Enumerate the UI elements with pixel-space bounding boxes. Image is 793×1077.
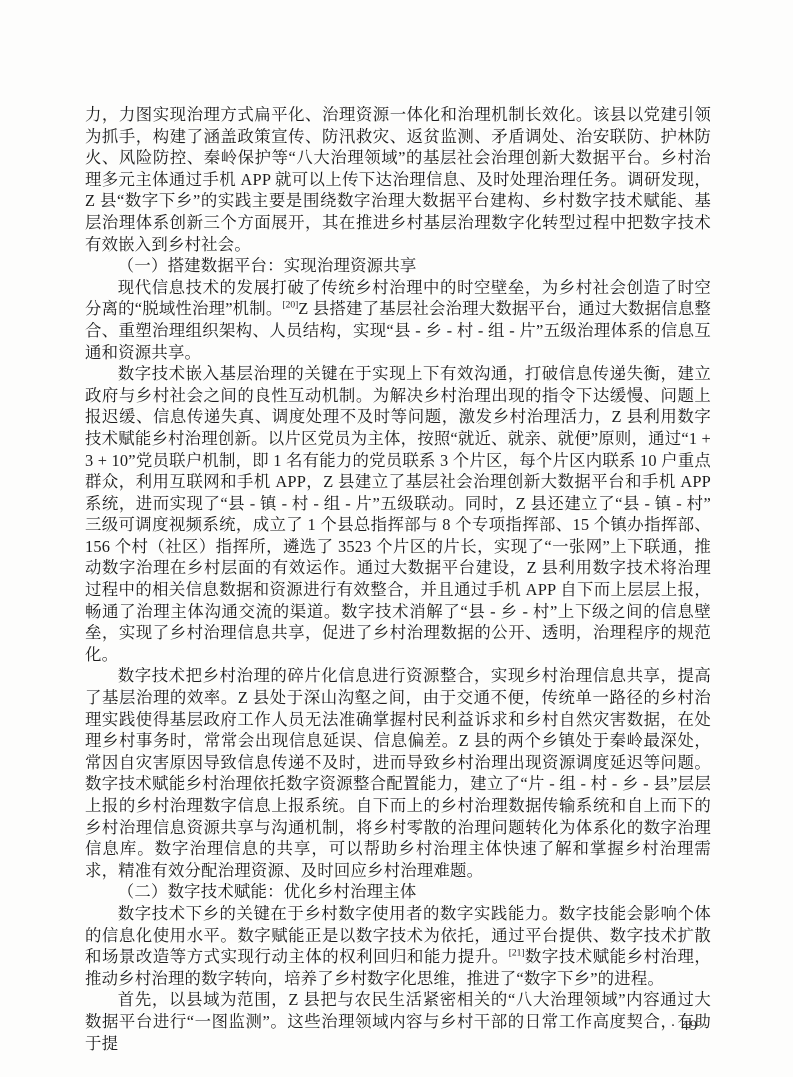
paragraph-eight-domains-monitoring: 首先，以县域为范围，Z 县把与农民生活紧密相关的“八大治理领域”内容通过大数据平… (85, 989, 711, 1054)
document-page: 力，力图实现治理方式扁平化、治理资源一体化和治理机制长效化。该县以党建引领为抓手… (0, 0, 793, 1077)
paragraph-continuation: 力，力图实现治理方式扁平化、治理资源一体化和治理机制长效化。该县以党建引领为抓手… (85, 104, 711, 255)
paragraph-digital-empowerment: 数字技术下乡的关键在于乡村数字使用者的数字实践能力。数字技能会影响个体的信息化使… (85, 903, 711, 989)
section-heading-one: （一）搭建数据平台：实现治理资源共享 (85, 255, 711, 277)
article-body: 力，力图实现治理方式扁平化、治理资源一体化和治理机制长效化。该县以党建引领为抓手… (85, 104, 711, 1054)
footnote-ref-20: [20] (282, 301, 298, 311)
section-heading-two: （二）数字技术赋能：优化乡村治理主体 (85, 881, 711, 903)
paragraph-five-level-linkage: 数字技术嵌入基层治理的关键在于实现上下有效沟通，打破信息传递失衡，建立政府与乡村… (85, 363, 711, 665)
footnote-ref-21: [21] (509, 949, 525, 959)
page-number: · 49 · (671, 1016, 710, 1036)
paragraph-data-platform: 现代信息技术的发展打破了传统乡村治理中的时空壁垒，为乡村社会创造了时空分离的“脱… (85, 277, 711, 363)
paragraph-information-integration: 数字技术把乡村治理的碎片化信息进行资源整合，实现乡村治理信息共享，提高了基层治理… (85, 665, 711, 881)
